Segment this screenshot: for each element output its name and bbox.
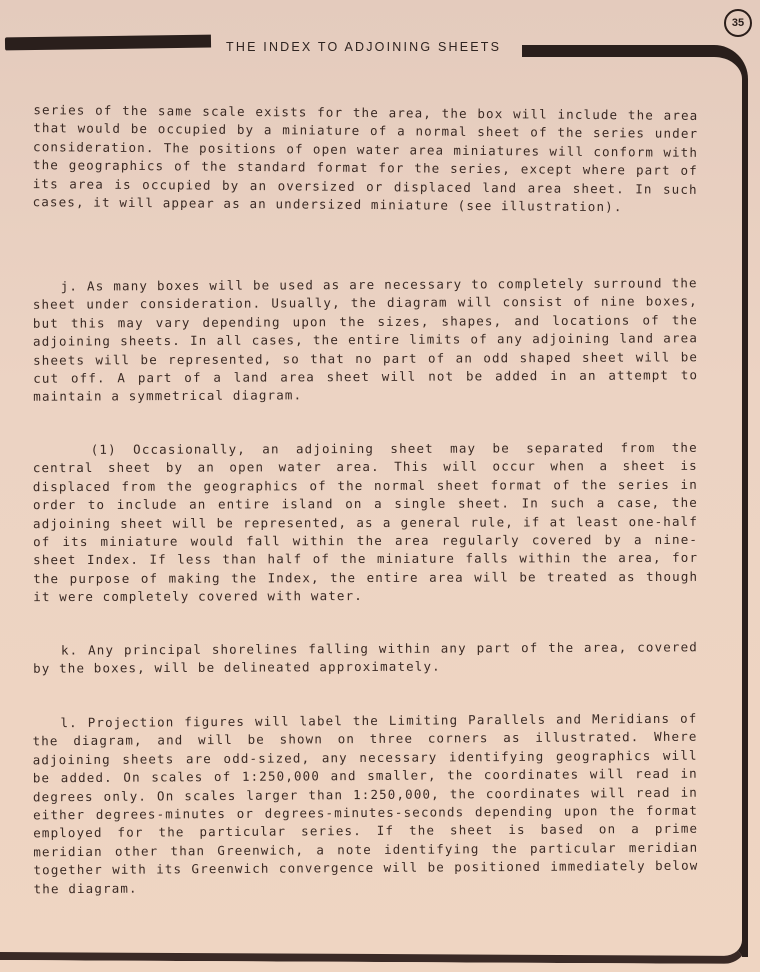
page-number-badge: 35 [724, 9, 752, 37]
header-rule-left [5, 35, 211, 51]
page-frame-bottom [0, 936, 748, 964]
paragraph-j: j. As many boxes will be used as are nec… [33, 274, 699, 406]
paragraph-text: series of the same scale exists for the … [33, 101, 699, 217]
paragraph-text: k. Any principal shorelines falling with… [33, 638, 698, 678]
paragraph-j-1: (1) Occasionally, an adjoining sheet may… [33, 439, 699, 607]
paragraph-text: j. As many boxes will be used as are nec… [33, 274, 699, 406]
paragraph-text: (1) Occasionally, an adjoining sheet may… [33, 439, 699, 607]
paragraph-l: l. Projection figures will label the Lim… [32, 710, 698, 899]
paragraph-text: l. Projection figures will label the Lim… [32, 710, 698, 899]
paragraph-continuation: series of the same scale exists for the … [33, 101, 699, 217]
paragraph-k: k. Any principal shorelines falling with… [33, 638, 698, 678]
section-title: THE INDEX TO ADJOINING SHEETS [226, 40, 501, 54]
